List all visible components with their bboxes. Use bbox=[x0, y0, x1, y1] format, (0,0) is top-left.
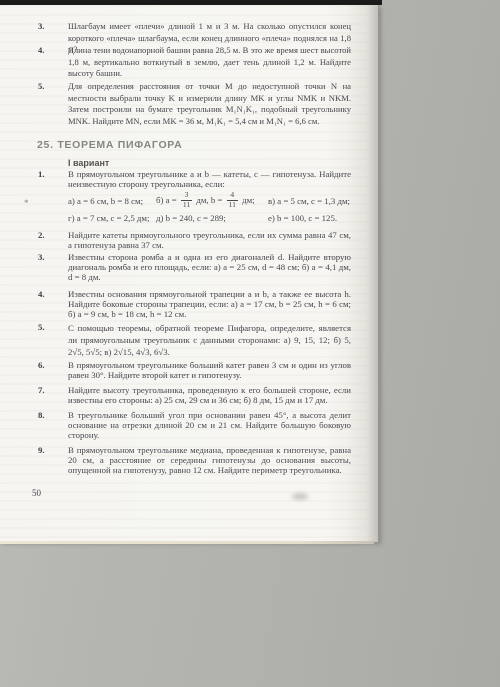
problem-text: В прямоугольном треугольнике больший кат… bbox=[68, 360, 351, 380]
problem-text: В треугольнике больший угол при основани… bbox=[68, 410, 351, 440]
fraction-denominator: 11 bbox=[181, 200, 192, 210]
problem-number: 1. bbox=[38, 169, 45, 179]
fraction: 3 11 bbox=[181, 191, 192, 209]
problem-text: В прямоугольном треугольнике медиана, пр… bbox=[68, 445, 351, 475]
fraction-numerator: 3 bbox=[181, 191, 192, 200]
problem-number: 5. bbox=[38, 81, 44, 93]
problem-text: С помощью теоремы, обратной теореме Пифа… bbox=[68, 322, 351, 358]
problem-number: 2. bbox=[38, 230, 45, 240]
book-page: 3. Шлагбаум имеет «плечи» длиной 1 м и 3… bbox=[0, 5, 379, 542]
problem-item: 2. Найдите катеты прямоугольного треугол… bbox=[38, 230, 351, 250]
fraction-denominator: 11 bbox=[227, 200, 238, 210]
problem-item: 6. В прямоугольном треугольнике больший … bbox=[38, 360, 351, 380]
problem-number: 9. bbox=[38, 445, 45, 455]
problem-item: 4. Известны основания прямоугольной трап… bbox=[38, 289, 351, 319]
problem-number: 4. bbox=[38, 45, 44, 57]
problem-text: Длина тени водонапорной башни равна 28,5… bbox=[68, 45, 351, 80]
option-b: б) a = 3 11 дм, b = 4 11 дм; bbox=[156, 192, 268, 210]
page-number: 50 bbox=[32, 488, 41, 498]
problem-text: Найдите катеты прямоугольного треугольни… bbox=[68, 230, 351, 250]
problem-number: 3. bbox=[38, 21, 44, 33]
option-d: д) b = 240, c = 289; bbox=[156, 213, 268, 223]
problem-text: В прямоугольном треугольнике a и b — кат… bbox=[68, 169, 351, 189]
fraction: 4 11 bbox=[227, 191, 238, 209]
fraction-numerator: 4 bbox=[227, 191, 238, 200]
margin-asterisk-mark: * bbox=[24, 198, 29, 208]
problem-number: 6. bbox=[38, 360, 45, 370]
smudge-mark bbox=[292, 493, 308, 500]
page-bottom-edge bbox=[0, 541, 374, 544]
problem-text: Для определения расстояния от точки M до… bbox=[68, 81, 351, 127]
section-title: 25. ТЕОРЕМА ПИФАГОРА bbox=[37, 139, 182, 151]
problem-item: 8. В треугольнике больший угол при основ… bbox=[38, 410, 351, 440]
problem-number: 4. bbox=[38, 289, 45, 299]
option-g: г) a = 7 см, c = 2,5 дм; bbox=[68, 213, 156, 223]
problem-item: 1. В прямоугольном треугольнике a и b — … bbox=[38, 169, 351, 223]
problem-number: 3. bbox=[38, 252, 45, 262]
option-a: а) a = 6 см, b = 8 см; bbox=[68, 196, 156, 206]
option-b-prefix: б) a = bbox=[156, 195, 177, 205]
problem-number: 8. bbox=[38, 410, 45, 420]
option-v: в) a = 5 см, c = 1,3 дм; bbox=[268, 196, 351, 206]
problem-item: 3. Известны сторона ромба a и одна из ег… bbox=[38, 252, 351, 282]
option-e: е) b = 100, c = 125. bbox=[268, 213, 351, 223]
variant-label: I вариант bbox=[68, 158, 109, 168]
problem-item: 9. В прямоугольном треугольнике медиана,… bbox=[38, 445, 351, 475]
problem1-options: а) a = 6 см, b = 8 см; б) a = 3 11 дм, b… bbox=[68, 192, 351, 223]
problem-number: 7. bbox=[38, 385, 45, 395]
problem-number: 5. bbox=[38, 322, 45, 332]
option-b-middle: дм, b = bbox=[196, 195, 222, 205]
problem-item: 7. Найдите высоту треугольника, проведен… bbox=[38, 385, 351, 405]
problem-item: 4. Длина тени водонапорной башни равна 2… bbox=[38, 45, 351, 80]
problem-item: 5. Для определения расстояния от точки M… bbox=[38, 81, 351, 127]
problem-text: Известны основания прямоугольной трапеци… bbox=[68, 289, 351, 319]
problem-item: 5. С помощью теоремы, обратной теореме П… bbox=[38, 322, 351, 358]
problem-text: Известны сторона ромба a и одна из его д… bbox=[68, 252, 351, 282]
problem-text: Найдите высоту треугольника, проведенную… bbox=[68, 385, 351, 405]
option-b-suffix: дм; bbox=[242, 195, 255, 205]
